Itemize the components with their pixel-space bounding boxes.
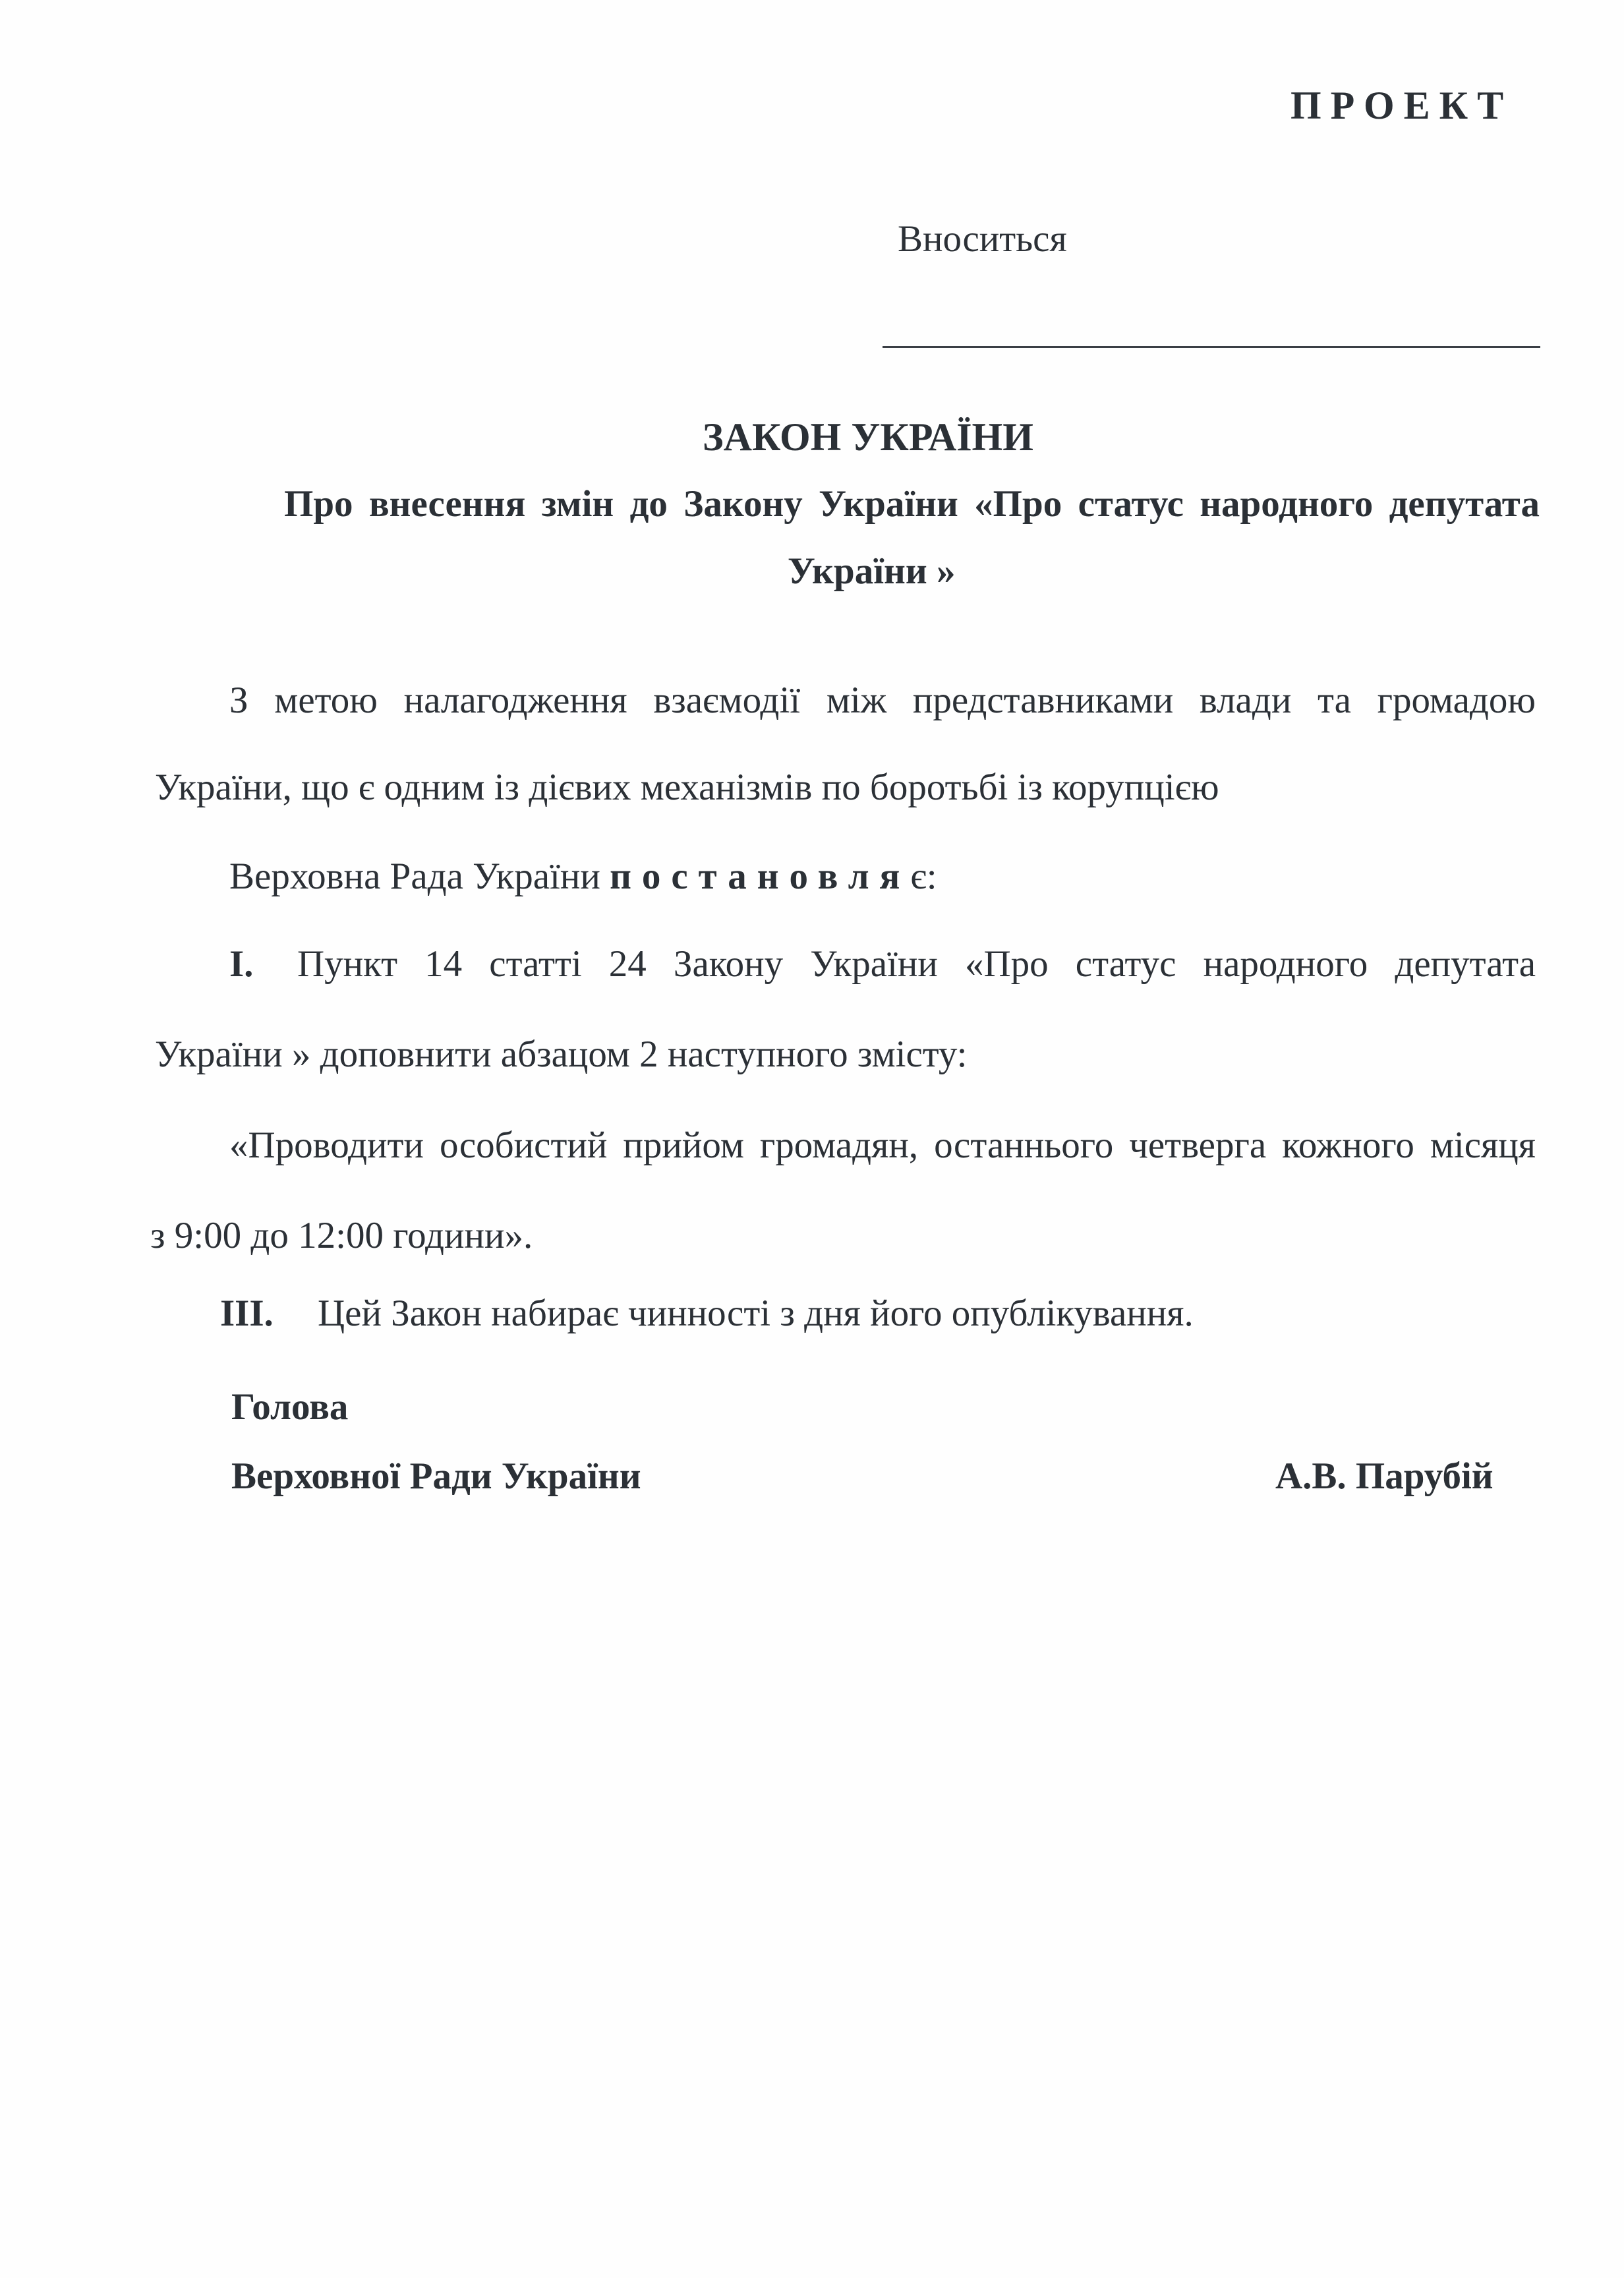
signatory-name: А.В. Парубій — [1275, 1457, 1493, 1495]
document-title: ЗАКОН УКРАЇНИ — [703, 417, 1033, 457]
preamble-line-1: З метою налагодження взаємодії між предс… — [229, 682, 1536, 719]
signatory-title-line-1: Голова — [231, 1388, 348, 1426]
enactment-verb: постановля — [610, 856, 910, 897]
draft-stamp: ПРОЕКТ — [1290, 86, 1513, 125]
section-1-line-1: Пункт 14 статті 24 Закону України «Про с… — [297, 945, 1536, 983]
enactment-suffix: є: — [910, 856, 937, 897]
submitted-by-label: Вноситься — [898, 220, 1067, 258]
submitted-by-blank-line — [883, 346, 1540, 348]
section-1-number: I. — [229, 945, 253, 983]
enactment-clause: Верховна Рада України постановляє: — [229, 858, 937, 895]
document-subtitle-line-1: Про внесення змін до Закону України «Про… — [284, 485, 1540, 523]
preamble-line-2: України, що є одним із дієвих механізмів… — [155, 769, 1219, 806]
enactment-prefix: Верховна Рада України — [229, 856, 610, 897]
section-3-number: III. — [220, 1295, 274, 1332]
section-1-quote-line-2: з 9:00 до 12:00 години». — [150, 1217, 533, 1254]
signatory-title-line-2: Верховної Ради України — [231, 1457, 641, 1495]
section-3-text: Цей Закон набирає чинності з дня його оп… — [318, 1295, 1194, 1332]
document-subtitle-line-2: України » — [788, 552, 955, 590]
section-1-quote-line-1: «Проводити особистий прийом громадян, ос… — [229, 1126, 1536, 1164]
section-1-line-2: України » доповнити абзацом 2 наступного… — [155, 1036, 968, 1073]
